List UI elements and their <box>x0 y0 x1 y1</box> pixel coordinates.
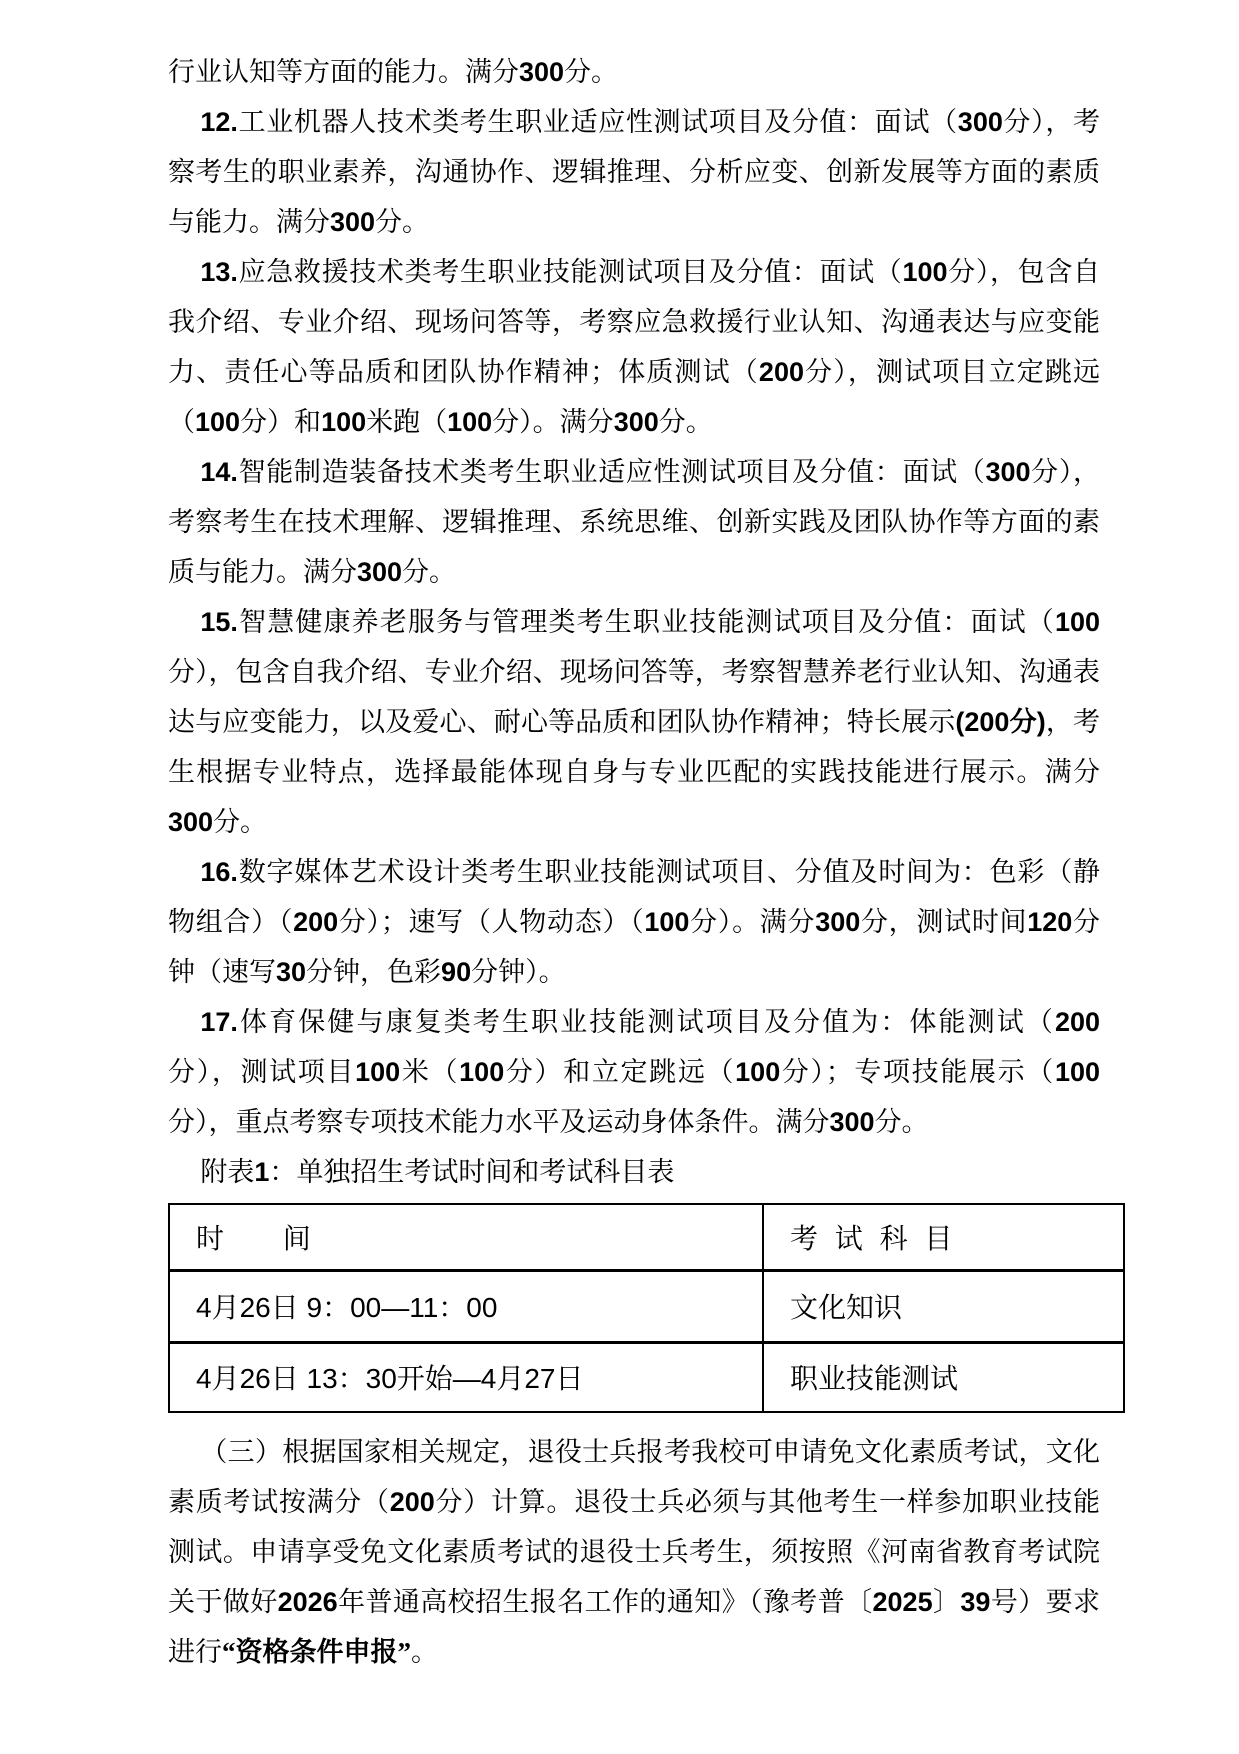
bold-number: 100 <box>321 407 366 437</box>
para-item-14: 14.智能制造装备技术类考生职业适应性测试项目及分值：面试（300分），考察考生… <box>168 447 1100 597</box>
bold-number: 15. <box>200 607 238 637</box>
bold-number: 300 <box>614 407 659 437</box>
table-cell-subject: 职业技能测试 <box>763 1342 1124 1412</box>
bold-number: 17. <box>200 1007 238 1037</box>
document-body-after-table: （三）根据国家相关规定，退役士兵报考我校可申请免文化素质考试，文化素质考试按满分… <box>168 1427 1100 1677</box>
para-continuation: 行业认知等方面的能力。满分300分。 <box>168 47 1100 97</box>
bold-number: 13. <box>200 257 238 287</box>
bold-number: 100 <box>355 1057 400 1087</box>
document-body: 行业认知等方面的能力。满分300分。12.工业机器人技术类考生职业适应性测试项目… <box>168 0 1100 1197</box>
bold-number: 100 <box>902 257 947 287</box>
bold-number: 16. <box>200 857 238 887</box>
table-cell-time: 4月26日 13：30开始—4月27日 <box>169 1342 763 1412</box>
document-page: 行业认知等方面的能力。满分300分。12.工业机器人技术类考生职业适应性测试项目… <box>0 0 1239 1754</box>
bold-number: 300 <box>958 107 1003 137</box>
exam-schedule-table-head: 时间 考试科目 <box>169 1204 1124 1270</box>
bold-number: 90 <box>441 957 471 987</box>
bold-number: 100 <box>195 407 240 437</box>
bold-number: 100 <box>447 407 492 437</box>
attachment-caption: 附表1：单独招生考试时间和考试科目表 <box>168 1147 1100 1197</box>
bold-text: “资格条件申报” <box>222 1637 411 1667</box>
table-cell-subject: 文化知识 <box>763 1270 1124 1342</box>
bold-number: 39 <box>960 1587 990 1617</box>
bold-number: 200 <box>759 357 804 387</box>
bold-number: 100 <box>644 907 689 937</box>
bold-number: 200 <box>293 907 338 937</box>
bold-number: 100 <box>735 1057 780 1087</box>
bold-number: 2026 <box>278 1587 338 1617</box>
bold-number: 2025 <box>873 1587 933 1617</box>
bold-number: 100 <box>1055 607 1100 637</box>
bold-number: 1 <box>254 1157 269 1187</box>
exam-schedule-table-body: 4月26日 9：00—11：00 文化知识 4月26日 13：30开始—4月27… <box>169 1270 1124 1412</box>
bold-number: 300 <box>330 207 375 237</box>
para-item-16: 16.数字媒体艺术设计类考生职业技能测试项目、分值及时间为：色彩（静物组合）（2… <box>168 847 1100 997</box>
bold-number: 300 <box>168 807 213 837</box>
exam-schedule-table: 时间 考试科目 4月26日 9：00—11：00 文化知识 4月26日 13：3… <box>168 1203 1125 1413</box>
bold-number: 30 <box>276 957 306 987</box>
para-veterans-exemption: （三）根据国家相关规定，退役士兵报考我校可申请免文化素质考试，文化素质考试按满分… <box>168 1427 1100 1677</box>
table-row: 4月26日 9：00—11：00 文化知识 <box>169 1270 1124 1342</box>
bold-number: 300 <box>357 557 402 587</box>
bold-number: 300 <box>519 57 564 87</box>
bold-number: 200 <box>390 1487 435 1517</box>
para-item-17: 17.体育保健与康复类考生职业技能测试项目及分值为：体能测试（200分），测试项… <box>168 997 1100 1147</box>
table-header-row: 时间 考试科目 <box>169 1204 1124 1270</box>
bold-number: 120 <box>1027 907 1072 937</box>
bold-number: 100 <box>459 1057 504 1087</box>
table-header-time: 时间 <box>169 1204 763 1270</box>
bold-number: 300 <box>815 907 860 937</box>
table-header-subject: 考试科目 <box>763 1204 1124 1270</box>
para-item-12: 12.工业机器人技术类考生职业适应性测试项目及分值：面试（300分），考察考生的… <box>168 97 1100 247</box>
bold-number: 200 <box>1055 1007 1100 1037</box>
bold-number: 300 <box>830 1107 875 1137</box>
bold-number: 300 <box>985 457 1030 487</box>
bold-number: 14. <box>200 457 238 487</box>
bold-number: 12. <box>200 107 238 137</box>
para-item-13: 13.应急救援技术类考生职业技能测试项目及分值：面试（100分），包含自我介绍、… <box>168 247 1100 447</box>
table-cell-time: 4月26日 9：00—11：00 <box>169 1270 763 1342</box>
bold-number: (200分) <box>955 707 1045 737</box>
table-row: 4月26日 13：30开始—4月27日 职业技能测试 <box>169 1342 1124 1412</box>
bold-number: 100 <box>1055 1057 1100 1087</box>
para-item-15: 15.智慧健康养老服务与管理类考生职业技能测试项目及分值：面试（100分），包含… <box>168 597 1100 847</box>
